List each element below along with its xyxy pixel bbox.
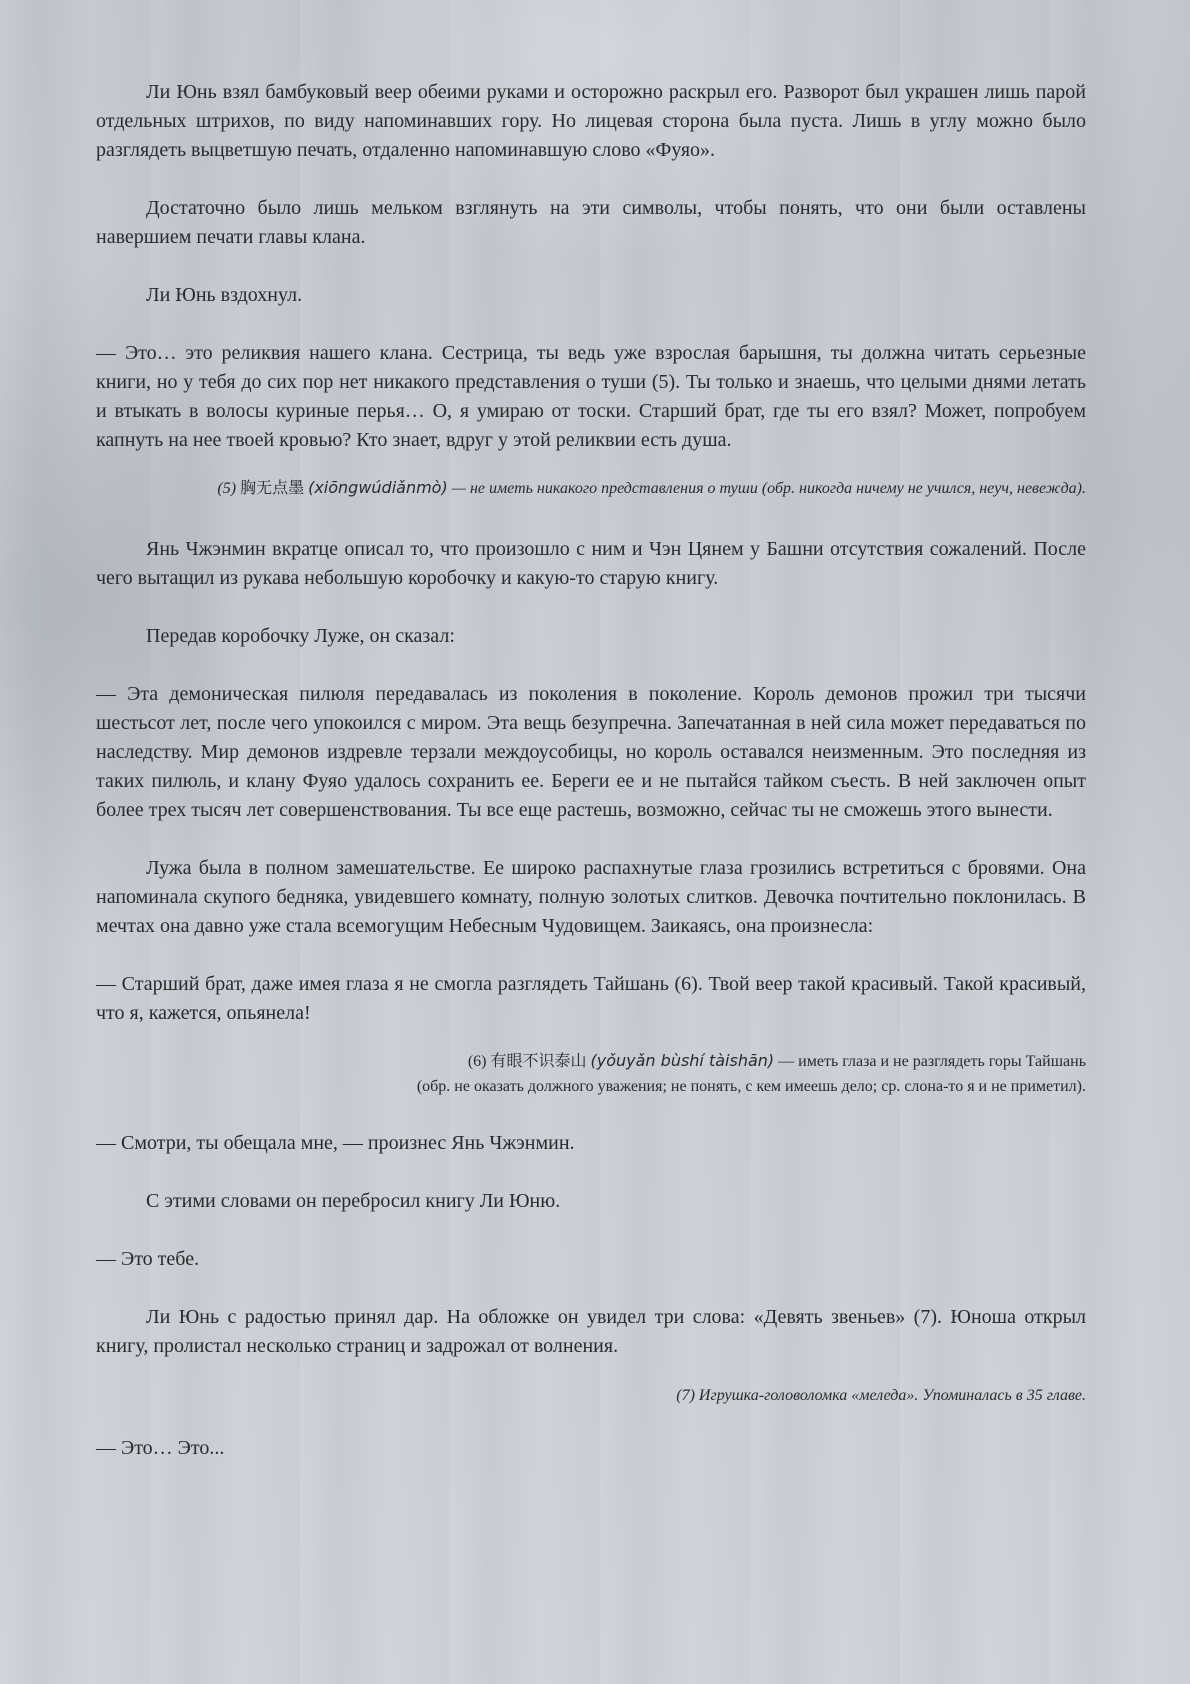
paragraph: Ли Юнь с радостью принял дар. На обложке… bbox=[96, 1303, 1086, 1361]
footnote-hanzi: 胸无点墨 bbox=[240, 478, 304, 497]
paragraph: Ли Юнь взял бамбуковый веер обеими рукам… bbox=[96, 78, 1086, 165]
paragraph: Ли Юнь вздохнул. bbox=[96, 281, 1086, 310]
footnote-text: — не иметь никакого представления о туши… bbox=[452, 480, 1086, 497]
footnote-number: (5) bbox=[217, 480, 236, 497]
paragraph: Передав коробочку Луже, он сказал: bbox=[96, 622, 1086, 651]
footnote-pinyin: (yǒuyǎn bùshí tàishān) bbox=[591, 1051, 775, 1070]
paragraph: С этими словами он перебросил книгу Ли Ю… bbox=[96, 1187, 1086, 1216]
dialogue-paragraph: — Смотри, ты обещала мне, — произнес Янь… bbox=[96, 1129, 1086, 1158]
dialogue-paragraph: — Эта демоническая пилюля передавалась и… bbox=[96, 680, 1086, 825]
footnote-hanzi: 有眼不识泰山 bbox=[491, 1051, 587, 1070]
dialogue-paragraph: — Это… это реликвия нашего клана. Сестри… bbox=[96, 339, 1086, 455]
dialogue-paragraph: — Это тебе. bbox=[96, 1245, 1086, 1274]
footnote-7: (7) Игрушка-головоломка «меледа». Упомин… bbox=[96, 1383, 1086, 1408]
document-page: Ли Юнь взял бамбуковый веер обеими рукам… bbox=[96, 78, 1086, 1463]
footnote-6: (6) 有眼不识泰山 (yǒuyǎn bùshí tàishān) — имет… bbox=[96, 1048, 1086, 1099]
footnote-number: (6) bbox=[468, 1053, 487, 1070]
footnote-text-continued: (обр. не оказать должного уважения; не п… bbox=[417, 1078, 1086, 1095]
paragraph: Достаточно было лишь мельком взглянуть н… bbox=[96, 194, 1086, 252]
footnote-text: — иметь глаза и не разглядеть горы Тайша… bbox=[778, 1053, 1086, 1070]
paragraph: Лужа была в полном замешательстве. Ее ши… bbox=[96, 854, 1086, 941]
paragraph: Янь Чжэнмин вкратце описал то, что произ… bbox=[96, 535, 1086, 593]
dialogue-paragraph: — Это… Это... bbox=[96, 1434, 1086, 1463]
footnote-pinyin: (xiōngwúdiǎnmò) bbox=[308, 478, 448, 497]
footnote-5: (5) 胸无点墨 (xiōngwúdiǎnmò) — не иметь ника… bbox=[96, 475, 1086, 501]
dialogue-paragraph: — Старший брат, даже имея глаза я не смо… bbox=[96, 970, 1086, 1028]
